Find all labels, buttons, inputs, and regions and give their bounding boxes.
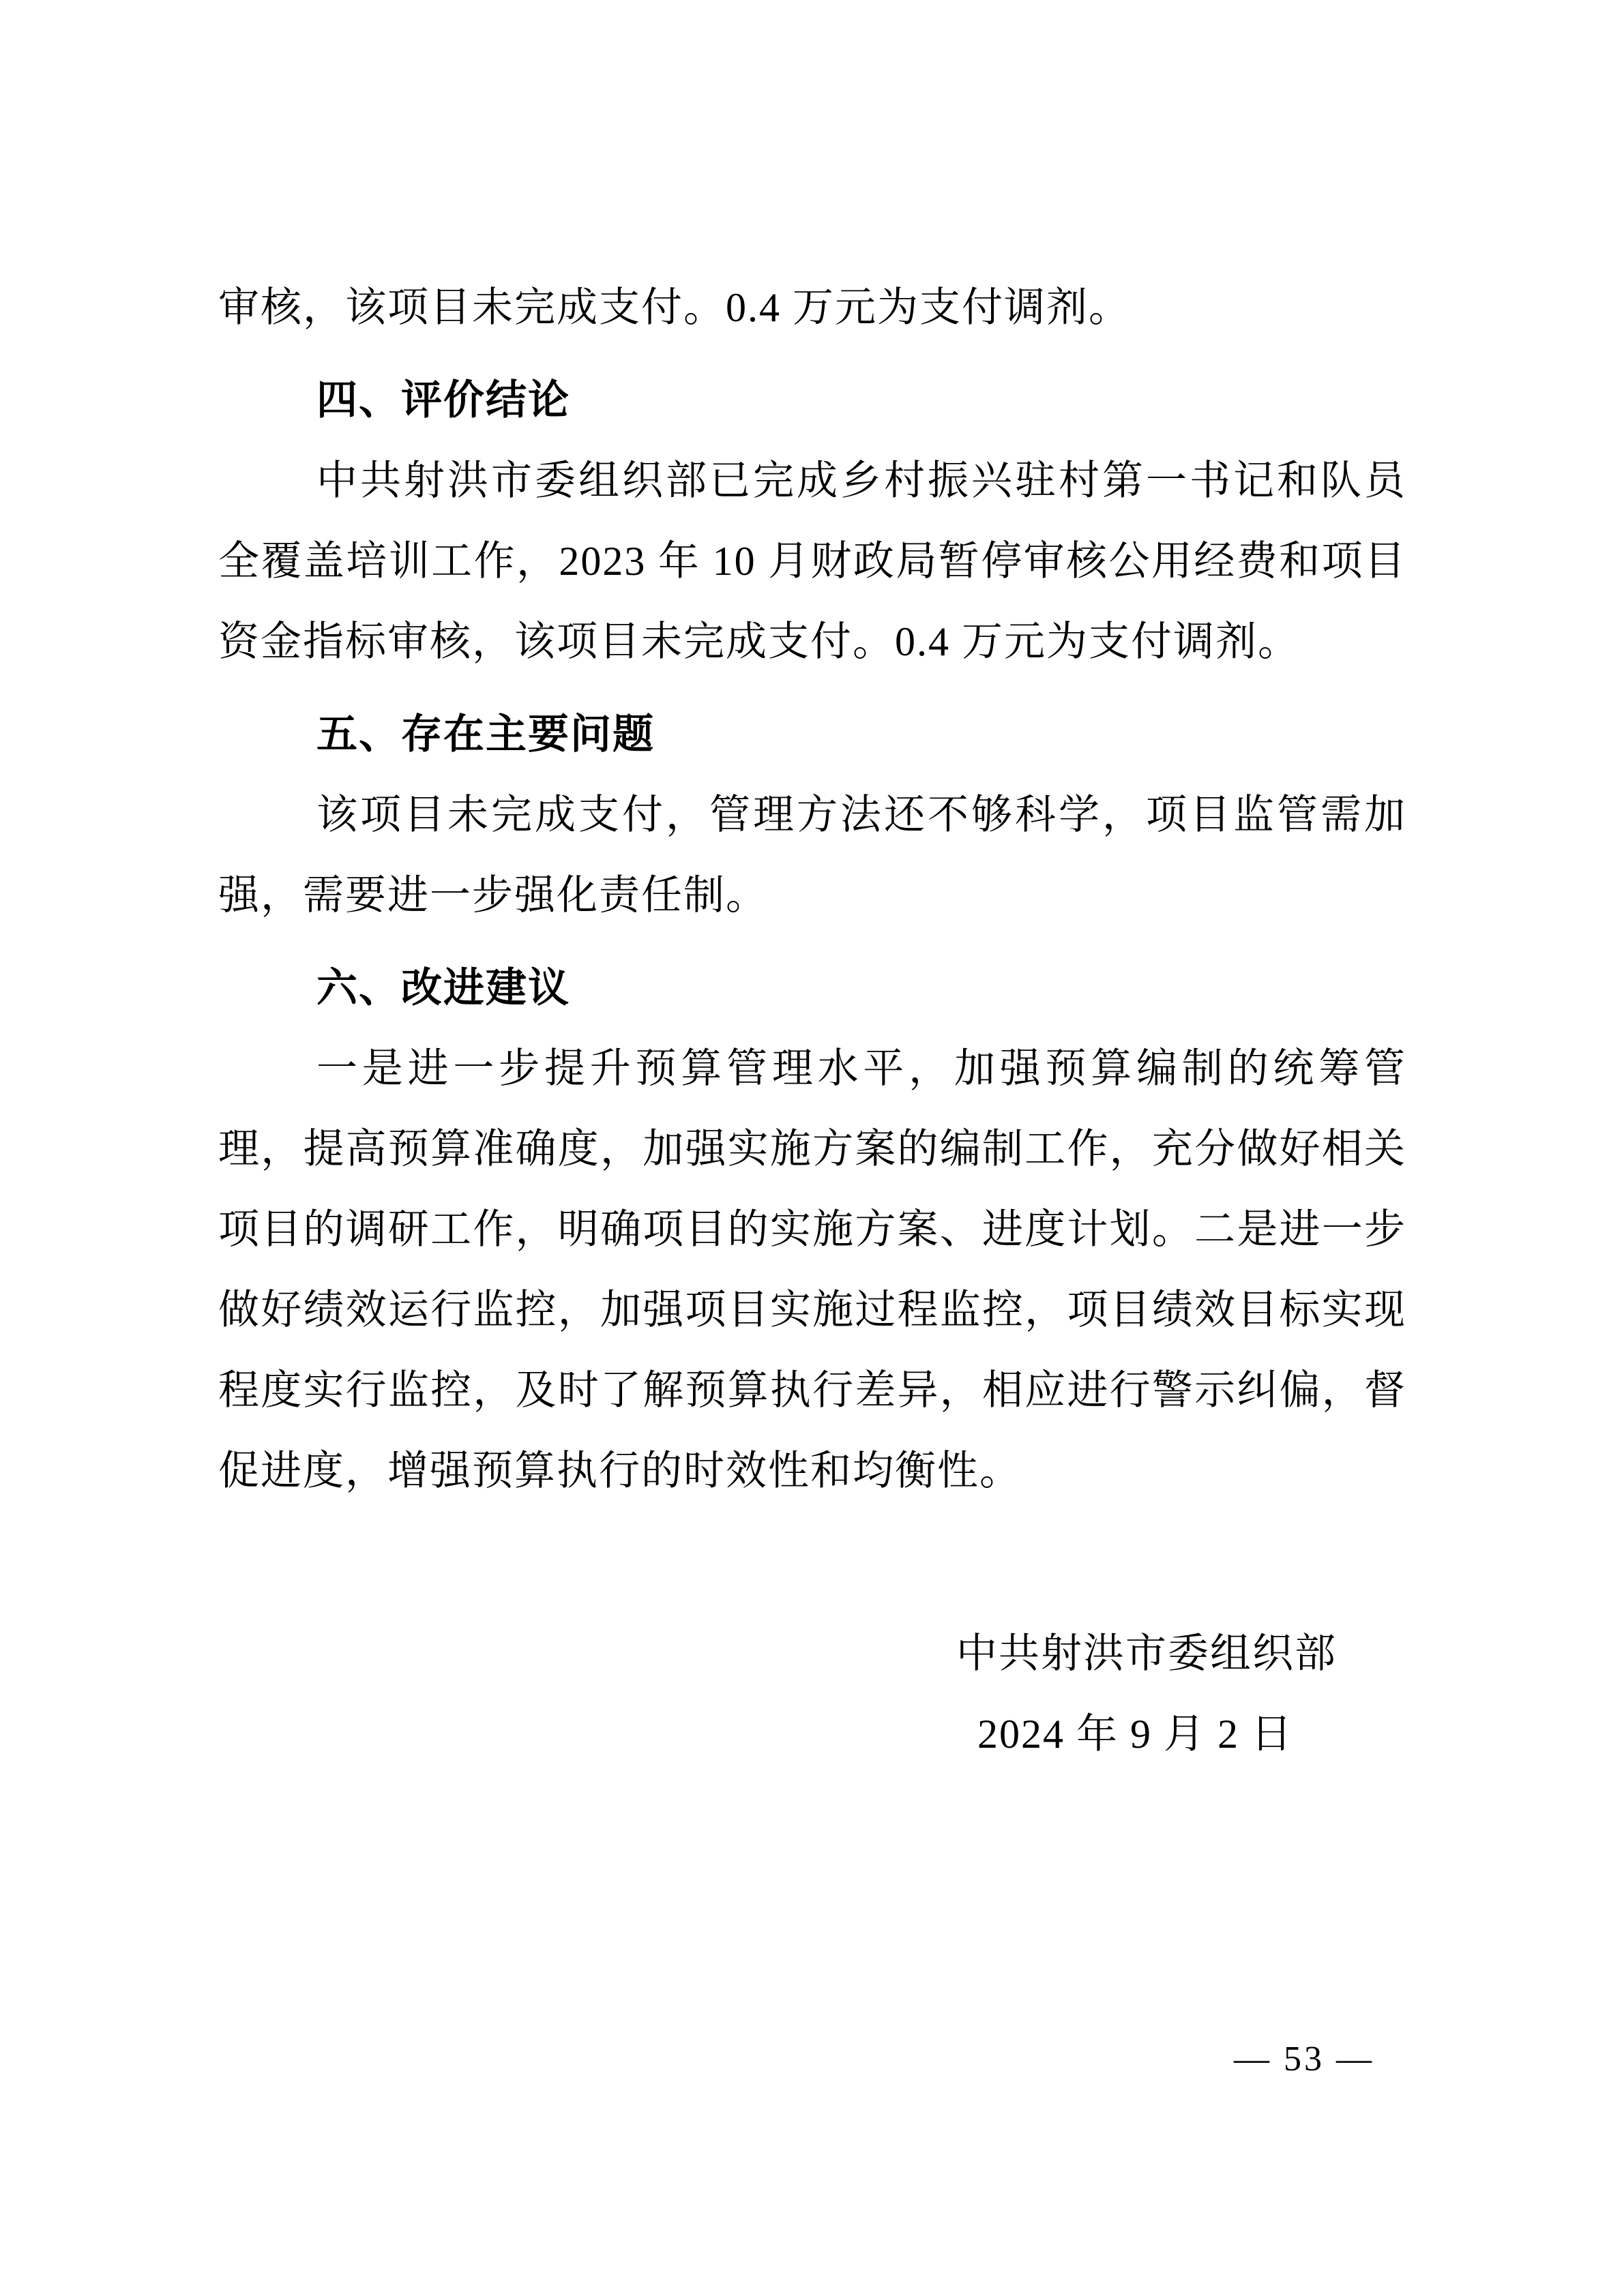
signature-block: 中共射洪市委组织部 2024 年 9 月 2 日 <box>218 1613 1406 1774</box>
signature-date: 2024 年 9 月 2 日 <box>218 1694 1406 1774</box>
section-6-paragraph: 一是进一步提升预算管理水平，加强预算编制的统筹管理，提高预算准确度，加强实施方案… <box>218 1028 1406 1511</box>
page-number: — 53 — <box>1234 2039 1374 2080</box>
section-heading-4: 四、评价结论 <box>218 360 1406 441</box>
signature-organization: 中共射洪市委组织部 <box>218 1613 1406 1694</box>
section-heading-6: 六、改进建议 <box>218 948 1406 1028</box>
continuation-line: 审核，该项目未完成支付。0.4 万元为支付调剂。 <box>218 267 1406 348</box>
section-heading-5: 五、存在主要问题 <box>218 694 1406 775</box>
section-5-paragraph: 该项目未完成支付，管理方法还不够科学，项目监管需加强，需要进一步强化责任制。 <box>218 775 1406 936</box>
section-4-paragraph: 中共射洪市委组织部已完成乡村振兴驻村第一书记和队员全覆盖培训工作，2023 年 … <box>218 441 1406 682</box>
document-body: 审核，该项目未完成支付。0.4 万元为支付调剂。 四、评价结论 中共射洪市委组织… <box>218 267 1406 1774</box>
document-page: 审核，该项目未完成支付。0.4 万元为支付调剂。 四、评价结论 中共射洪市委组织… <box>0 0 1624 2296</box>
